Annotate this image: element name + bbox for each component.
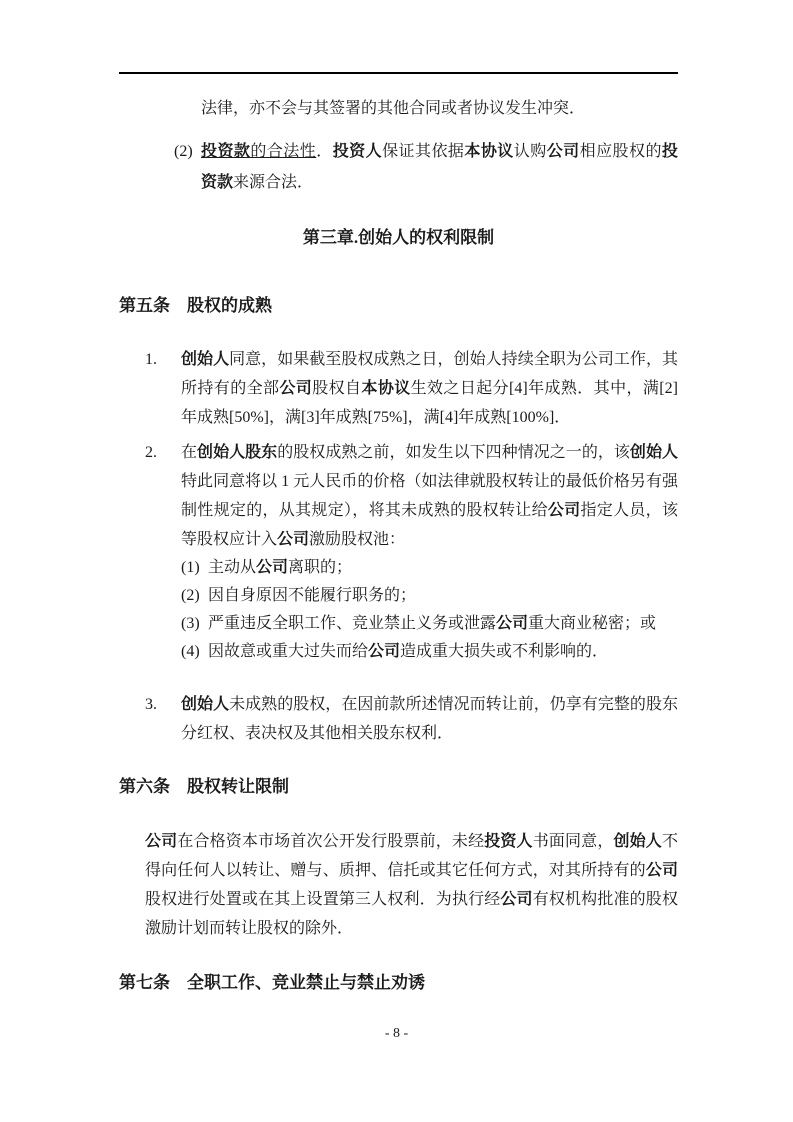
continuation-paragraph: 法律，亦不会与其签署的其他合同或者协议发生冲突． — [119, 94, 678, 124]
article-number: 第七条 — [119, 971, 170, 995]
vesting-subitem-list: (1) 主动从公司离职的； (2) 因自身原因不能履行职务的； (3) 严重违反… — [181, 554, 678, 666]
list-marker: (2) — [174, 136, 201, 198]
list-item-investment-legality: (2) 投资款的合法性．投资人保证其依据本协议认购公司相应股权的投资款来源合法． — [119, 136, 678, 198]
list-marker: 2. — [145, 438, 181, 554]
article-heading-5: 第五条 股权的成熟 — [119, 294, 678, 318]
list-item-text: 投资款的合法性．投资人保证其依据本协议认购公司相应股权的投资款来源合法． — [201, 136, 678, 198]
list-marker: (2) — [181, 582, 208, 610]
list-marker: (1) — [181, 554, 208, 582]
list-marker: 3. — [145, 690, 181, 748]
article-number: 第五条 — [119, 294, 170, 318]
chapter-heading: 第三章.创始人的权利限制 — [119, 226, 678, 250]
list-item-text: 严重违反全职工作、竞业禁止义务或泄露公司重大商业秘密；或 — [208, 610, 678, 638]
article-title: 全职工作、竞业禁止与禁止劝诱 — [187, 971, 425, 995]
article-heading-6: 第六条 股权转让限制 — [119, 775, 678, 799]
list-item-text: 因自身原因不能履行职务的； — [208, 582, 678, 610]
article-title: 股权的成熟 — [187, 294, 272, 318]
list-item-text: 因故意或重大过失而给公司造成重大损失或不利影响的． — [208, 638, 678, 666]
list-marker: (3) — [181, 610, 208, 638]
list-item-text: 创始人未成熟的股权，在因前款所述情况而转让前，仍享有完整的股东分红权、表决权及其… — [181, 690, 678, 748]
vesting-subitem-3: (3) 严重违反全职工作、竞业禁止义务或泄露公司重大商业秘密；或 — [181, 610, 678, 638]
document-page: 法律，亦不会与其签署的其他合同或者协议发生冲突． (2) 投资款的合法性．投资人… — [0, 0, 793, 1122]
page-number: - 8 - — [0, 1025, 793, 1043]
vesting-subitem-1: (1) 主动从公司离职的； — [181, 554, 678, 582]
vesting-item-3: 3. 创始人未成熟的股权，在因前款所述情况而转让前，仍享有完整的股东分红权、表决… — [119, 690, 678, 748]
vesting-item-2: 2. 在创始人股东的股权成熟之前，如发生以下四种情况之一的，该创始人特此同意将以… — [119, 438, 678, 554]
list-item-text: 主动从公司离职的； — [208, 554, 678, 582]
article-heading-7: 第七条 全职工作、竞业禁止与禁止劝诱 — [119, 971, 678, 995]
vesting-list: 1. 创始人同意，如果截至股权成熟之日，创始人持续全职为公司工作，其所持有的全部… — [119, 345, 678, 748]
vesting-item-1: 1. 创始人同意，如果截至股权成熟之日，创始人持续全职为公司工作，其所持有的全部… — [119, 345, 678, 432]
list-marker: (4) — [181, 638, 208, 666]
list-marker: 1. — [145, 345, 181, 432]
list-item-text: 在创始人股东的股权成熟之前，如发生以下四种情况之一的，该创始人特此同意将以 1 … — [181, 438, 678, 554]
article-title: 股权转让限制 — [187, 775, 289, 799]
header-rule — [119, 72, 678, 74]
article-number: 第六条 — [119, 775, 170, 799]
vesting-subitem-2: (2) 因自身原因不能履行职务的； — [181, 582, 678, 610]
vesting-subitem-4: (4) 因故意或重大过失而给公司造成重大损失或不利影响的． — [181, 638, 678, 666]
list-item-text: 创始人同意，如果截至股权成熟之日，创始人持续全职为公司工作，其所持有的全部公司股… — [181, 345, 678, 432]
transfer-restriction-paragraph: 公司在合格资本市场首次公开发行股票前，未经投资人书面同意，创始人不得向任何人以转… — [119, 827, 678, 943]
